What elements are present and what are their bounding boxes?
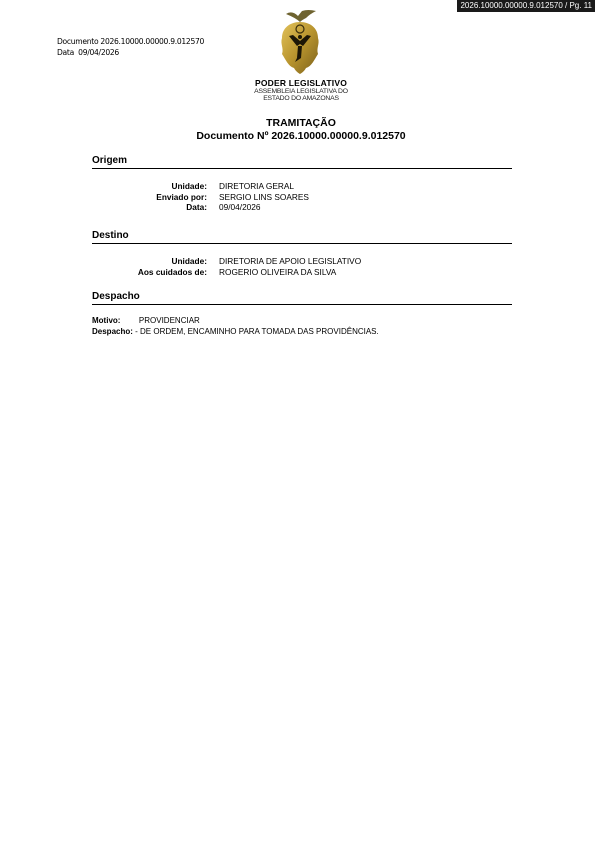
motivo-label: Motivo:	[92, 316, 120, 325]
section-origem-heading: Origem	[92, 155, 512, 169]
document-date-value: 09/04/2026	[78, 48, 119, 57]
section-destino-heading: Destino	[92, 230, 512, 244]
document-number-label: Documento	[57, 37, 98, 46]
field-value: 09/04/2026	[219, 202, 261, 213]
organization-subtitle-line-2: ESTADO DO AMAZONAS	[0, 95, 595, 102]
page-title: TRAMITAÇÃO Documento Nº 2026.10000.00000…	[0, 117, 595, 143]
field-value: ROGERIO OLIVEIRA DA SILVA	[219, 267, 336, 278]
field-value: DIRETORIA GERAL	[219, 181, 294, 192]
section-despacho-heading: Despacho	[92, 291, 512, 305]
title-document-number: Documento Nº 2026.10000.00000.9.012570	[0, 130, 595, 143]
field-label: Unidade:	[172, 256, 208, 267]
field-label: Aos cuidados de:	[138, 267, 207, 278]
field-value: DIRETORIA DE APOIO LEGISLATIVO	[219, 256, 361, 267]
motivo-value: PROVIDENCIAR	[139, 316, 200, 325]
title-tramitacao: TRAMITAÇÃO	[0, 117, 595, 130]
document-number-line: Documento 2026.10000.00000.9.012570	[57, 37, 204, 48]
despacho-row-despacho: Despacho: - DE ORDEM, ENCAMINHO PARA TOM…	[92, 326, 379, 337]
page-stamp: 2026.10000.00000.9.012570 / Pg. 11	[457, 0, 595, 12]
field-label: Data:	[186, 202, 207, 213]
document-info: Documento 2026.10000.00000.9.012570 Data…	[57, 37, 204, 58]
field-label: Unidade:	[172, 181, 208, 192]
despacho-row-motivo: Motivo: PROVIDENCIAR	[92, 315, 200, 326]
organization-name: PODER LEGISLATIVO	[0, 78, 595, 88]
despacho-value: - DE ORDEM, ENCAMINHO PARA TOMADA DAS PR…	[135, 327, 379, 336]
coat-of-arms-icon	[276, 8, 324, 76]
document-date-label: Data	[57, 48, 74, 57]
document-number-value: 2026.10000.00000.9.012570	[100, 37, 204, 46]
despacho-label: Despacho:	[92, 327, 133, 336]
organization-subtitle-line-1: ASSEMBLEIA LEGISLATIVA DO	[0, 88, 595, 95]
document-date-line: Data 09/04/2026	[57, 48, 204, 59]
